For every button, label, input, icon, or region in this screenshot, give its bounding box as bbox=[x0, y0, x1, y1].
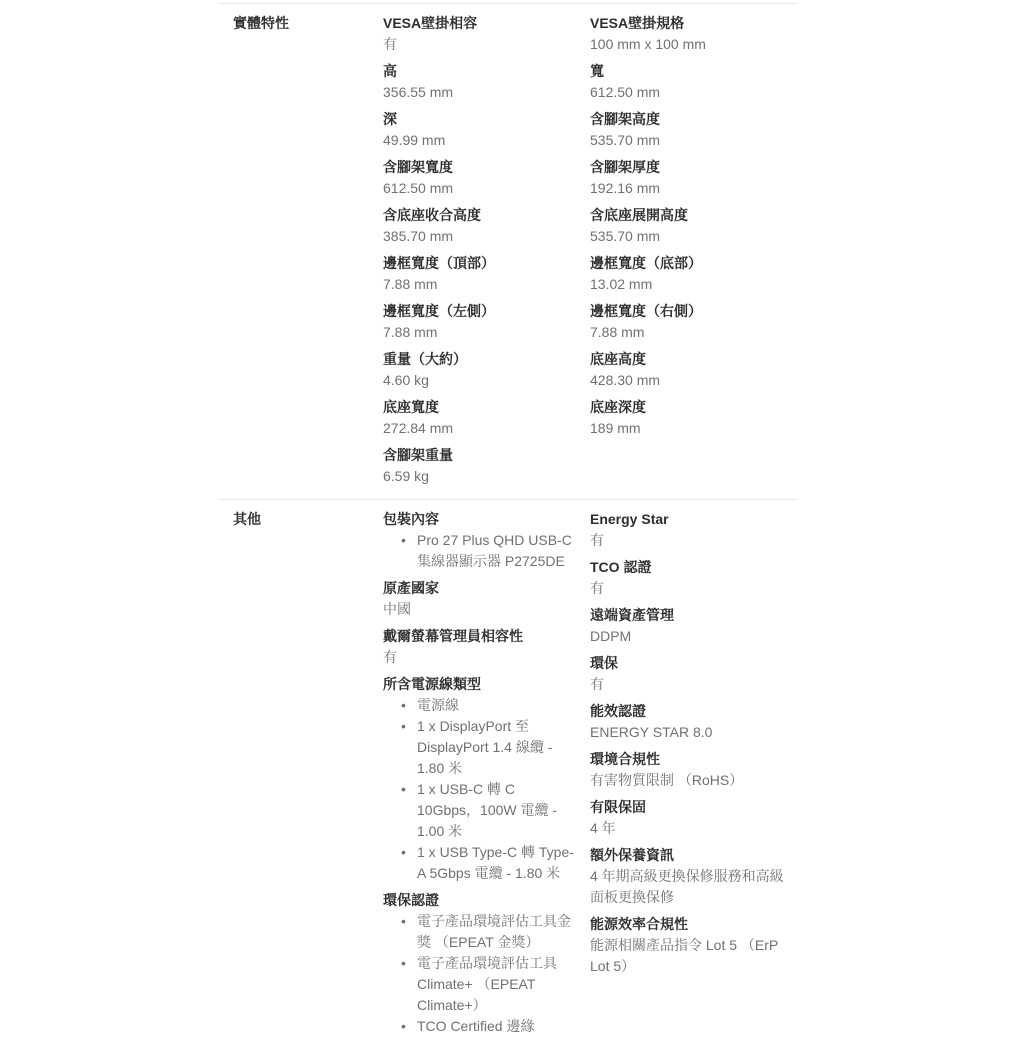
spec-value: 100 mm x 100 mm bbox=[590, 34, 797, 55]
spec-label: 底座寬度 bbox=[383, 397, 590, 418]
spec-value: 7.88 mm bbox=[383, 274, 590, 295]
spec-value: 385.70 mm bbox=[383, 226, 590, 247]
spec-row: 含腳架重量6.59 kg bbox=[383, 445, 590, 487]
spec-value: 能源相關產品指令 Lot 5 （ErP Lot 5） bbox=[590, 935, 797, 977]
spec-row: 含底座展開高度535.70 mm bbox=[590, 205, 797, 247]
spec-value: DDPM bbox=[590, 626, 797, 647]
spec-bullet-item: 電子產品環境評估工具金獎 （EPEAT 金獎） bbox=[383, 911, 579, 953]
spec-label: 高 bbox=[383, 61, 590, 82]
spec-row: Energy Star有 bbox=[590, 509, 797, 551]
spec-value: 189 mm bbox=[590, 418, 797, 439]
spec-label: 含腳架高度 bbox=[590, 109, 797, 130]
spec-row: 含腳架厚度192.16 mm bbox=[590, 157, 797, 199]
spec-value: 有害物質限制 （RoHS） bbox=[590, 770, 797, 791]
spec-value: 612.50 mm bbox=[590, 82, 797, 103]
spec-row: 環保有 bbox=[590, 653, 797, 695]
spec-label: 能效認證 bbox=[590, 701, 797, 722]
spec-bullet-item: 1 x USB Type-C 轉 Type-A 5Gbps 電纜 - 1.80 … bbox=[383, 842, 579, 884]
spec-column: Energy Star有TCO 認證有遠端資產管理DDPM環保有能效認證ENER… bbox=[590, 506, 797, 983]
spec-value: 535.70 mm bbox=[590, 130, 797, 151]
spec-label: 深 bbox=[383, 109, 590, 130]
spec-row: 邊框寬度（頂部）7.88 mm bbox=[383, 253, 590, 295]
spec-label: 所含電源線類型 bbox=[383, 674, 590, 695]
spec-row: 包裝內容Pro 27 Plus QHD USB-C 集線器顯示器 P2725DE bbox=[383, 509, 590, 572]
spec-bullet-item: 電源線 bbox=[383, 695, 579, 716]
spec-label: 遠端資產管理 bbox=[590, 605, 797, 626]
spec-value: 535.70 mm bbox=[590, 226, 797, 247]
spec-value: 4 年期高級更換保修服務和高級面板更換保修 bbox=[590, 866, 797, 908]
spec-row: 高356.55 mm bbox=[383, 61, 590, 103]
spec-value: 612.50 mm bbox=[383, 178, 590, 199]
spec-section-physical: 實體特性VESA壁掛相容有高356.55 mm深49.99 mm含腳架寬度612… bbox=[218, 3, 798, 499]
spec-value: 有 bbox=[590, 578, 797, 599]
spec-row: 底座寬度272.84 mm bbox=[383, 397, 590, 439]
spec-bullet-item: TCO Certified 邊緣 bbox=[383, 1016, 579, 1024]
spec-bullet-item: 1 x DisplayPort 至 DisplayPort 1.4 線纜 - 1… bbox=[383, 716, 579, 779]
spec-label: 底座深度 bbox=[590, 397, 797, 418]
spec-label: 邊框寬度（底部） bbox=[590, 253, 797, 274]
spec-row: 邊框寬度（右側）7.88 mm bbox=[590, 301, 797, 343]
spec-value: 356.55 mm bbox=[383, 82, 590, 103]
spec-label: 寬 bbox=[590, 61, 797, 82]
spec-value: ENERGY STAR 8.0 bbox=[590, 722, 797, 743]
spec-label: 戴爾螢幕管理員相容性 bbox=[383, 626, 590, 647]
spec-label: 含底座收合高度 bbox=[383, 205, 590, 226]
spec-bullet-item: 電子產品環境評估工具 Climate+ （EPEAT Climate+） bbox=[383, 953, 579, 1016]
spec-label: Energy Star bbox=[590, 509, 797, 530]
spec-label: 邊框寬度（右側） bbox=[590, 301, 797, 322]
spec-column: VESA壁掛相容有高356.55 mm深49.99 mm含腳架寬度612.50 … bbox=[383, 10, 590, 493]
spec-value: 4 年 bbox=[590, 818, 797, 839]
spec-label: 環保 bbox=[590, 653, 797, 674]
spec-label: 能源效率合規性 bbox=[590, 914, 797, 935]
spec-label: 重量（大約） bbox=[383, 349, 590, 370]
spec-bullet-list: Pro 27 Plus QHD USB-C 集線器顯示器 P2725DE bbox=[383, 530, 590, 572]
spec-value: 49.99 mm bbox=[383, 130, 590, 151]
spec-label: 包裝內容 bbox=[383, 509, 590, 530]
spec-value: 6.59 kg bbox=[383, 466, 590, 487]
spec-label: 額外保養資訊 bbox=[590, 845, 797, 866]
spec-value: 4.60 kg bbox=[383, 370, 590, 391]
spec-label: 底座高度 bbox=[590, 349, 797, 370]
spec-row: 邊框寬度（左側）7.88 mm bbox=[383, 301, 590, 343]
spec-value: 13.02 mm bbox=[590, 274, 797, 295]
spec-row: 寬612.50 mm bbox=[590, 61, 797, 103]
spec-row: 額外保養資訊4 年期高級更換保修服務和高級面板更換保修 bbox=[590, 845, 797, 908]
spec-label: 邊框寬度（左側） bbox=[383, 301, 590, 322]
spec-row: 原產國家中國 bbox=[383, 578, 590, 620]
spec-value: 192.16 mm bbox=[590, 178, 797, 199]
spec-row: 含腳架高度535.70 mm bbox=[590, 109, 797, 151]
spec-row: 戴爾螢幕管理員相容性有 bbox=[383, 626, 590, 668]
spec-row: 環境合規性有害物質限制 （RoHS） bbox=[590, 749, 797, 791]
spec-label: 含腳架重量 bbox=[383, 445, 590, 466]
spec-value: 272.84 mm bbox=[383, 418, 590, 439]
spec-row: 含底座收合高度385.70 mm bbox=[383, 205, 590, 247]
spec-bullet-list: 電子產品環境評估工具金獎 （EPEAT 金獎）電子產品環境評估工具 Climat… bbox=[383, 911, 590, 1024]
spec-label: 環保認證 bbox=[383, 890, 590, 911]
spec-row: TCO 認證有 bbox=[590, 557, 797, 599]
spec-row: 環保認證電子產品環境評估工具金獎 （EPEAT 金獎）電子產品環境評估工具 Cl… bbox=[383, 890, 590, 1024]
spec-row: 遠端資產管理DDPM bbox=[590, 605, 797, 647]
spec-value: 有 bbox=[383, 34, 590, 55]
spec-row: 邊框寬度（底部）13.02 mm bbox=[590, 253, 797, 295]
spec-row: 含腳架寬度612.50 mm bbox=[383, 157, 590, 199]
spec-label: 含腳架寬度 bbox=[383, 157, 590, 178]
spec-column: 包裝內容Pro 27 Plus QHD USB-C 集線器顯示器 P2725DE… bbox=[383, 506, 590, 1024]
spec-value: 7.88 mm bbox=[383, 322, 590, 343]
spec-label: VESA壁掛相容 bbox=[383, 13, 590, 34]
section-title: 其他 bbox=[218, 506, 383, 530]
spec-row: 能源效率合規性能源相關產品指令 Lot 5 （ErP Lot 5） bbox=[590, 914, 797, 977]
spec-bullet-list: 電源線1 x DisplayPort 至 DisplayPort 1.4 線纜 … bbox=[383, 695, 590, 884]
spec-section-other: 其他包裝內容Pro 27 Plus QHD USB-C 集線器顯示器 P2725… bbox=[218, 499, 798, 1024]
spec-label: 原產國家 bbox=[383, 578, 590, 599]
spec-value: 中國 bbox=[383, 599, 590, 620]
spec-table: 實體特性VESA壁掛相容有高356.55 mm深49.99 mm含腳架寬度612… bbox=[218, 3, 798, 1024]
spec-value: 有 bbox=[590, 674, 797, 695]
spec-label: TCO 認證 bbox=[590, 557, 797, 578]
spec-label: 環境合規性 bbox=[590, 749, 797, 770]
section-title: 實體特性 bbox=[218, 10, 383, 34]
spec-label: 含腳架厚度 bbox=[590, 157, 797, 178]
spec-row: 底座深度189 mm bbox=[590, 397, 797, 439]
spec-column: VESA壁掛規格100 mm x 100 mm寬612.50 mm含腳架高度53… bbox=[590, 10, 797, 445]
spec-row: VESA壁掛相容有 bbox=[383, 13, 590, 55]
spec-label: VESA壁掛規格 bbox=[590, 13, 797, 34]
spec-row: 重量（大約）4.60 kg bbox=[383, 349, 590, 391]
spec-value: 有 bbox=[590, 530, 797, 551]
spec-label: 含底座展開高度 bbox=[590, 205, 797, 226]
spec-row: 能效認證ENERGY STAR 8.0 bbox=[590, 701, 797, 743]
spec-label: 有限保固 bbox=[590, 797, 797, 818]
spec-row: 所含電源線類型電源線1 x DisplayPort 至 DisplayPort … bbox=[383, 674, 590, 884]
spec-value: 428.30 mm bbox=[590, 370, 797, 391]
spec-value: 有 bbox=[383, 647, 590, 668]
spec-bullet-item: 1 x USB-C 轉 C 10Gbps，100W 電纜 - 1.00 米 bbox=[383, 779, 579, 842]
spec-row: 深49.99 mm bbox=[383, 109, 590, 151]
spec-row: 底座高度428.30 mm bbox=[590, 349, 797, 391]
spec-row: VESA壁掛規格100 mm x 100 mm bbox=[590, 13, 797, 55]
spec-value: 7.88 mm bbox=[590, 322, 797, 343]
spec-label: 邊框寬度（頂部） bbox=[383, 253, 590, 274]
spec-bullet-item: Pro 27 Plus QHD USB-C 集線器顯示器 P2725DE bbox=[383, 530, 579, 572]
spec-row: 有限保固4 年 bbox=[590, 797, 797, 839]
